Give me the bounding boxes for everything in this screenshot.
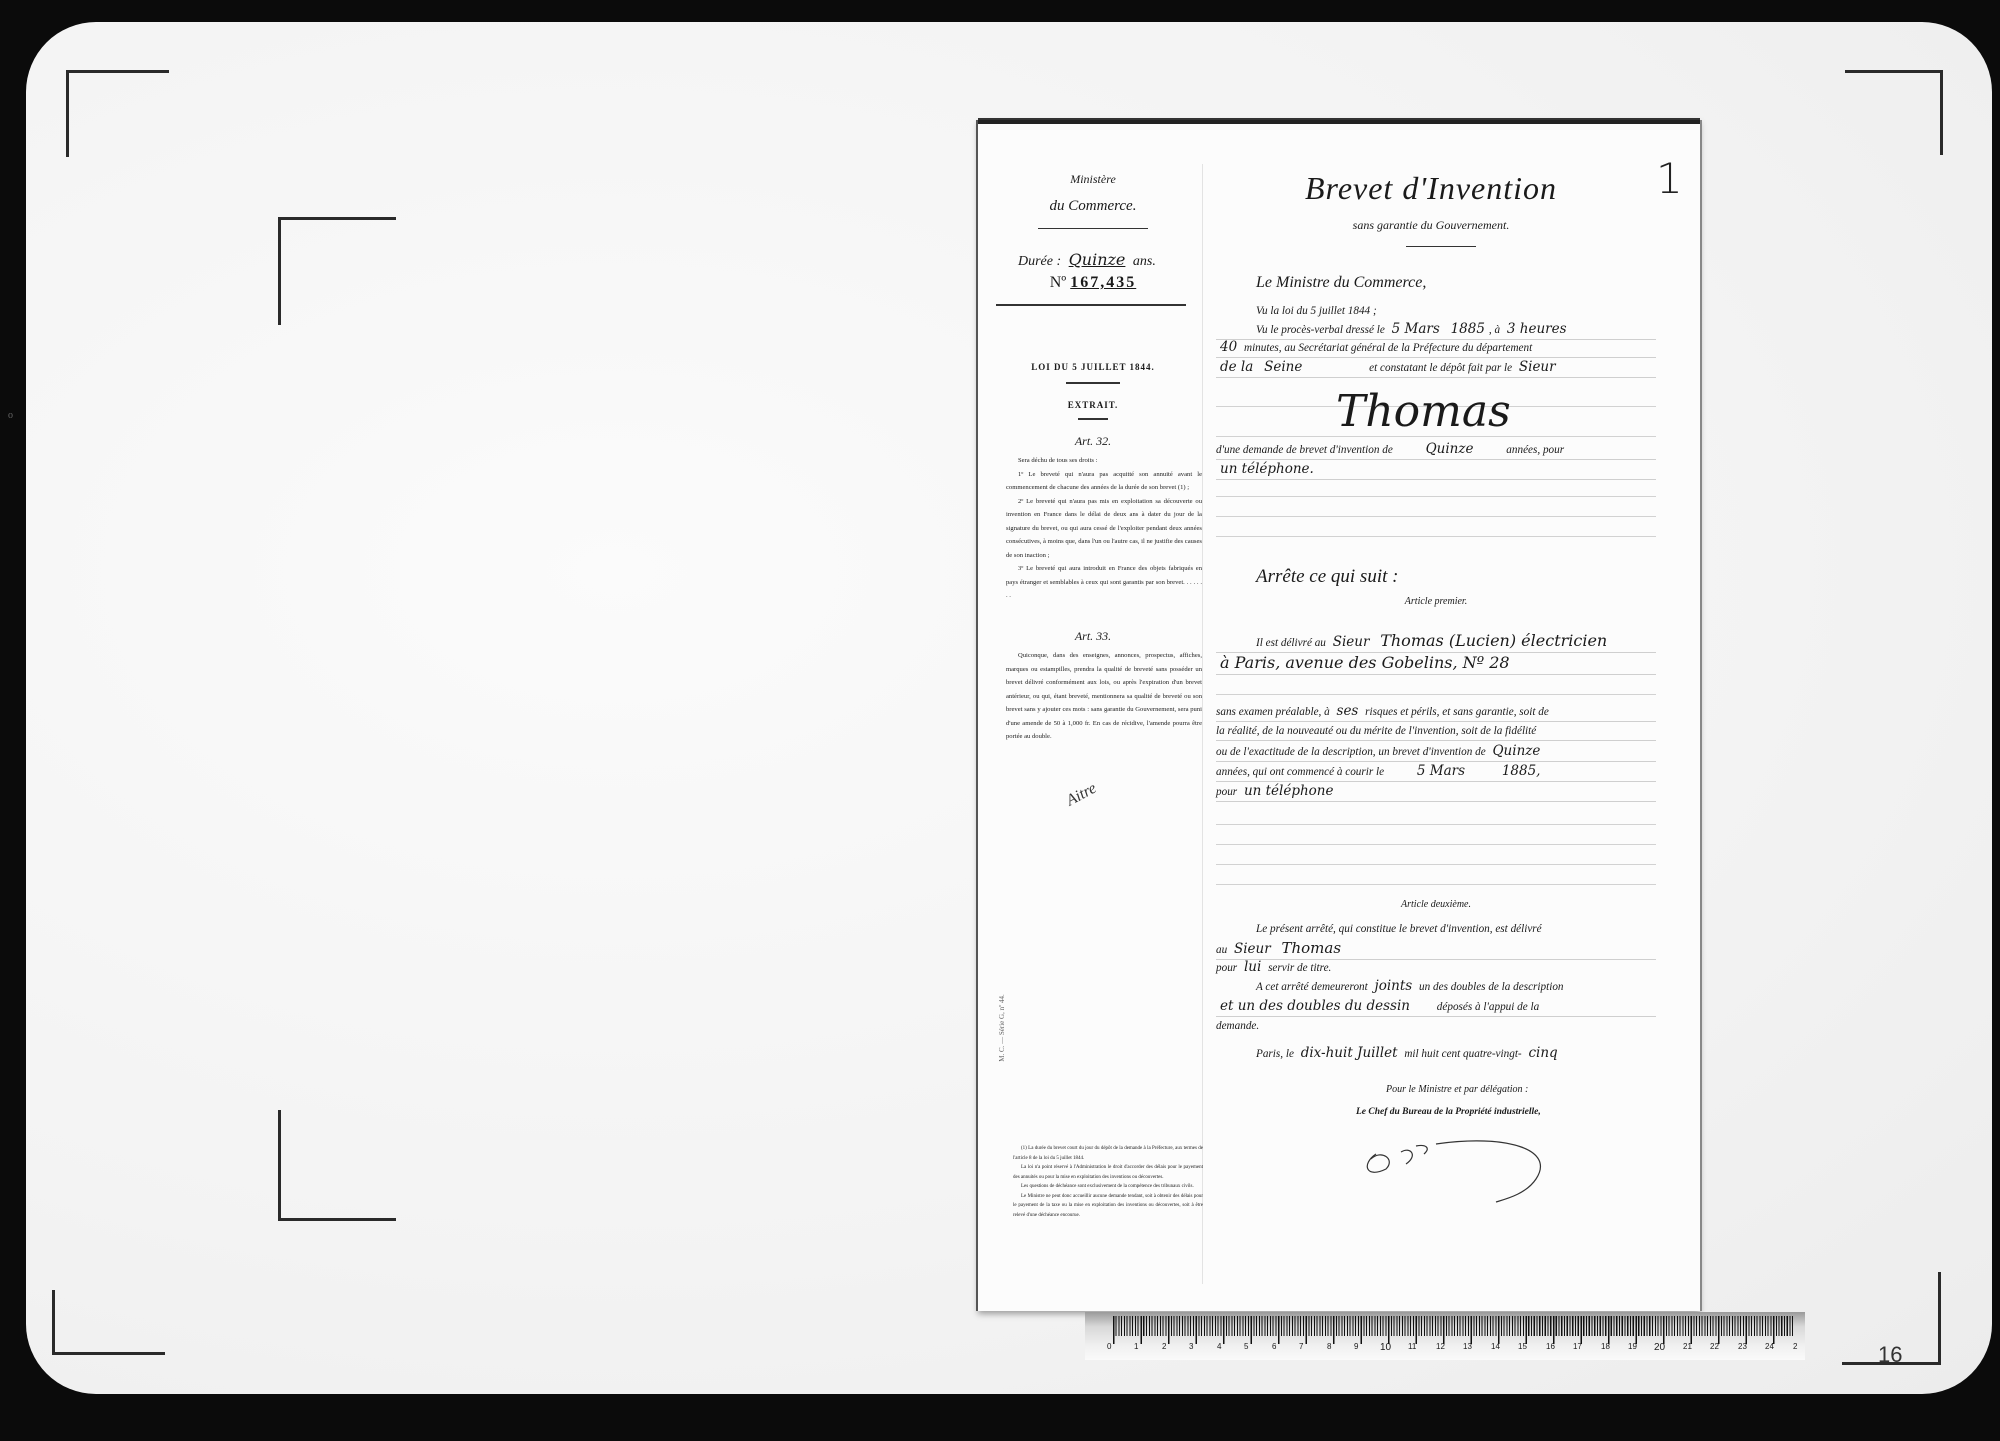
law-title: LOI DU 5 JUILLET 1844.: [978, 362, 1208, 372]
article-33-text: Quiconque, dans des enseignes, annonces,…: [1006, 649, 1202, 744]
ruler-label: 22: [1710, 1342, 1719, 1351]
holder-name: Thomas (Lucien) électricien: [1380, 631, 1607, 650]
page-number: 16: [1878, 1342, 1902, 1368]
text: servir de titre.: [1268, 962, 1331, 974]
blank-line: [1216, 536, 1656, 537]
ruler-label: 12: [1436, 1342, 1445, 1351]
text: Il est délivré au: [1256, 637, 1326, 649]
paragraph: Quiconque, dans des enseignes, annonces,…: [1006, 649, 1202, 744]
art1-line-4: années, qui ont commencé à courir le 5 M…: [1216, 762, 1656, 782]
pv-year: 1885: [1451, 321, 1485, 337]
ornament-rule: [1406, 246, 1476, 247]
handwritten: joints: [1375, 978, 1413, 994]
ornament-rule: [1078, 418, 1108, 420]
ruler-label: 3: [1189, 1342, 1193, 1351]
deposit-title: Sieur: [1519, 359, 1556, 375]
text: pour: [1216, 786, 1237, 798]
decree-heading: Arrête ce qui suit :: [1256, 566, 1398, 588]
ruler-label: 2: [1162, 1342, 1166, 1351]
ruler-cm-ticks: [1113, 1316, 1793, 1344]
footnote: La loi n'a point réservé à l'Administrat…: [1013, 1163, 1203, 1182]
form-code: M. C. — Série G, nº 44.: [998, 994, 1006, 1062]
ministry-line-2: du Commerce.: [978, 198, 1208, 215]
article-2-heading: Article deuxième.: [1216, 899, 1656, 910]
ruler-label: 9: [1354, 1342, 1358, 1351]
text: d'une demande de brevet d'invention de: [1216, 444, 1393, 456]
art2-line-3: pour lui servir de titre.: [1216, 958, 1656, 977]
ruler-label: 10: [1380, 1342, 1391, 1353]
crop-mark-inner-bottom-left: [278, 1110, 396, 1221]
blank-line: [1216, 694, 1656, 695]
dept-prefix: de la: [1220, 359, 1253, 375]
handwritten: ses: [1337, 703, 1359, 719]
holder-title: Sieur: [1234, 941, 1271, 957]
signatory-line-2: Le Chef du Bureau de la Propriété indust…: [1356, 1107, 1541, 1117]
ruler-label: 23: [1738, 1342, 1747, 1351]
crop-mark-inner-top-left: [278, 217, 396, 325]
text: un des doubles de la description: [1419, 981, 1564, 993]
ruler-label: 18: [1601, 1342, 1610, 1351]
law-line: Vu la loi du 5 juillet 1844 ;: [1216, 302, 1696, 320]
patent-document: Ministère du Commerce. Durée : Quinze an…: [978, 120, 1700, 1311]
ruler-label: 11: [1408, 1342, 1416, 1351]
pv-line: Vu le procès-verbal dressé le 5 Mars 188…: [1216, 320, 1656, 340]
article-32-heading: Art. 32.: [978, 434, 1208, 449]
paragraph: 1º Le breveté qui n'aura pas acquitté so…: [1006, 468, 1202, 495]
department: Seine: [1264, 359, 1302, 375]
art2-line-2: au Sieur Thomas: [1216, 939, 1656, 960]
signature-mark: [1356, 1124, 1596, 1204]
main-column: 1 Brevet d'Invention sans garantie du Go…: [1216, 124, 1686, 1311]
ruler-label: 19: [1628, 1342, 1637, 1351]
divider-rule: [996, 304, 1186, 306]
art2-line-1: Le présent arrêté, qui constitue le brev…: [1216, 920, 1656, 938]
ruler-label: 8: [1327, 1342, 1331, 1351]
article-32-text: Sera déchu de tous ses droits : 1º Le br…: [1006, 454, 1202, 603]
extract-label: EXTRAIT.: [978, 400, 1208, 410]
ruler-label: 20: [1654, 1342, 1665, 1353]
holder-name: Thomas: [1281, 939, 1341, 957]
request-duration: Quinze: [1426, 441, 1474, 457]
number-value: 167,435: [1070, 274, 1136, 291]
blank-line: [1216, 516, 1656, 517]
art2-line-4: A cet arrêté demeureront joints un des d…: [1216, 977, 1656, 996]
ruler-label: 21: [1683, 1342, 1692, 1351]
ruler-label: 0: [1107, 1342, 1111, 1351]
issue-date-line: Paris, le dix-huit Juillet mil huit cent…: [1216, 1044, 1656, 1063]
article-33-heading: Art. 33.: [978, 629, 1208, 644]
delivered-line: Il est délivré au Sieur Thomas (Lucien) …: [1216, 632, 1656, 653]
minutes-line: 40 minutes, au Secrétariat général de la…: [1216, 338, 1656, 358]
ruler-label: 16: [1546, 1342, 1555, 1351]
handwritten: et un des doubles du dessin: [1220, 998, 1410, 1014]
issue-date: dix-huit Juillet: [1301, 1045, 1398, 1061]
ornament-rule: [1038, 228, 1148, 229]
text: ou de l'exactitude de la description, un…: [1216, 746, 1486, 758]
ruler-label: 2: [1793, 1342, 1797, 1351]
text: au: [1216, 944, 1227, 956]
patent-number: Nº 167,435: [978, 274, 1208, 292]
ornament-rule: [1066, 382, 1120, 384]
art1-line-5: pour un téléphone: [1216, 782, 1656, 802]
department-line: de la Seine et constatant le dépôt fait …: [1216, 358, 1656, 378]
text: mil huit cent quatre-vingt-: [1404, 1048, 1521, 1060]
pv-date: 5 Mars: [1392, 321, 1440, 337]
start-date: 5 Mars: [1417, 763, 1465, 779]
pv-minutes: 40: [1220, 339, 1237, 355]
crop-mark-top-left: [66, 70, 169, 157]
article-1-heading: Article premier.: [1216, 596, 1656, 607]
art1-line-3: ou de l'exactitude de la description, un…: [1216, 742, 1656, 762]
patent-duration: Quinze: [1492, 743, 1540, 759]
pv-hour: 3 heures: [1507, 321, 1567, 337]
invention-line: un téléphone.: [1216, 460, 1656, 480]
visa-annotation: Aitre: [1064, 780, 1100, 811]
issue-year: cinq: [1528, 1045, 1557, 1061]
paragraph: Sera déchu de tous ses droits :: [1006, 454, 1202, 468]
ruler-label: 5: [1244, 1342, 1248, 1351]
paragraph: 3º Le breveté qui aura introduit en Fran…: [1006, 562, 1202, 603]
art1-line-2: la réalité, de la nouveauté ou du mérite…: [1216, 722, 1656, 741]
ministry-line-1: Ministère: [978, 172, 1208, 187]
footnote: (1) La durée du brevet court du jour du …: [1013, 1144, 1203, 1163]
ruler-label: 13: [1463, 1342, 1472, 1351]
art1-line-1: sans examen préalable, à ses risques et …: [1216, 702, 1656, 722]
blank-line: [1216, 496, 1656, 497]
text: pour: [1216, 962, 1237, 974]
footnote: Les questions de déchéance sont exclusiv…: [1013, 1182, 1203, 1192]
text: Vu le procès-verbal dressé le: [1256, 324, 1385, 336]
left-column: Ministère du Commerce. Durée : Quinze an…: [978, 124, 1208, 1311]
start-year: 1885,: [1502, 763, 1541, 779]
holder-title: Sieur: [1333, 634, 1370, 650]
duration-unit: ans.: [1133, 254, 1156, 269]
handwritten: lui: [1244, 959, 1261, 975]
duration-value: Quinze: [1069, 250, 1126, 269]
document-subtitle: sans garantie du Gouvernement.: [1216, 218, 1646, 233]
number-prefix: Nº: [1050, 274, 1067, 291]
invention: un téléphone.: [1220, 461, 1314, 477]
ruler-label: 1: [1134, 1342, 1138, 1351]
ruler-label: 7: [1299, 1342, 1303, 1351]
measurement-ruler: 0 1 2 3 4 5 6 7 8 9 10 11 12 13 14 15 16…: [1085, 1312, 1805, 1360]
text: A cet arrêté demeureront: [1256, 981, 1368, 993]
text: déposés à l'appui de la: [1437, 1001, 1539, 1013]
duration-field: Durée : Quinze ans.: [1018, 250, 1156, 270]
folio-number: 1: [1656, 154, 1683, 203]
art2-line-5: et un des doubles du dessin déposés à l'…: [1216, 997, 1656, 1017]
ruler-label: 6: [1272, 1342, 1276, 1351]
ruler-label: 14: [1491, 1342, 1500, 1351]
footnote: Le Ministre ne peut donc accueillir aucu…: [1013, 1192, 1203, 1221]
address-line: à Paris, avenue des Gobelins, Nº 28: [1216, 654, 1656, 675]
request-line: d'une demande de brevet d'invention de Q…: [1216, 440, 1656, 460]
text: risques et périls, et sans garantie, soi…: [1365, 706, 1549, 718]
text: et constatant le dépôt fait par le: [1369, 362, 1512, 374]
ruler-label: 15: [1518, 1342, 1527, 1351]
text: Paris, le: [1256, 1048, 1294, 1060]
blank-line: [1216, 864, 1656, 865]
text: années, pour: [1506, 444, 1564, 456]
ruler-label: 24: [1765, 1342, 1774, 1351]
paragraph: 2º Le breveté qui n'aura pas mis en expl…: [1006, 495, 1202, 563]
ruler-label: 4: [1217, 1342, 1221, 1351]
text: , à: [1489, 324, 1500, 336]
blank-line: [1216, 436, 1656, 437]
duration-label: Durée :: [1018, 254, 1061, 269]
holder-address: à Paris, avenue des Gobelins, Nº 28: [1220, 653, 1510, 672]
speck: o: [8, 410, 13, 421]
blank-line: [1216, 844, 1656, 845]
blank-line: [1216, 884, 1656, 885]
text: minutes, au Secrétariat général de la Pr…: [1244, 342, 1532, 354]
blank-line: [1216, 824, 1656, 825]
document-title: Brevet d'Invention: [1216, 170, 1646, 207]
crop-mark-bottom-left: [52, 1290, 165, 1355]
footnotes: (1) La durée du brevet court du jour du …: [1013, 1144, 1203, 1220]
minister-heading: Le Ministre du Commerce,: [1256, 274, 1426, 292]
applicant-name: Thomas: [1336, 386, 1511, 437]
text: années, qui ont commencé à courir le: [1216, 766, 1384, 778]
text: sans examen préalable, à: [1216, 706, 1330, 718]
crop-mark-top-right: [1845, 70, 1943, 155]
invention: un téléphone: [1244, 783, 1334, 799]
ruler-label: 17: [1573, 1342, 1582, 1351]
art2-line-6: demande.: [1216, 1017, 1656, 1035]
signatory-line-1: Pour le Ministre et par délégation :: [1386, 1084, 1528, 1095]
